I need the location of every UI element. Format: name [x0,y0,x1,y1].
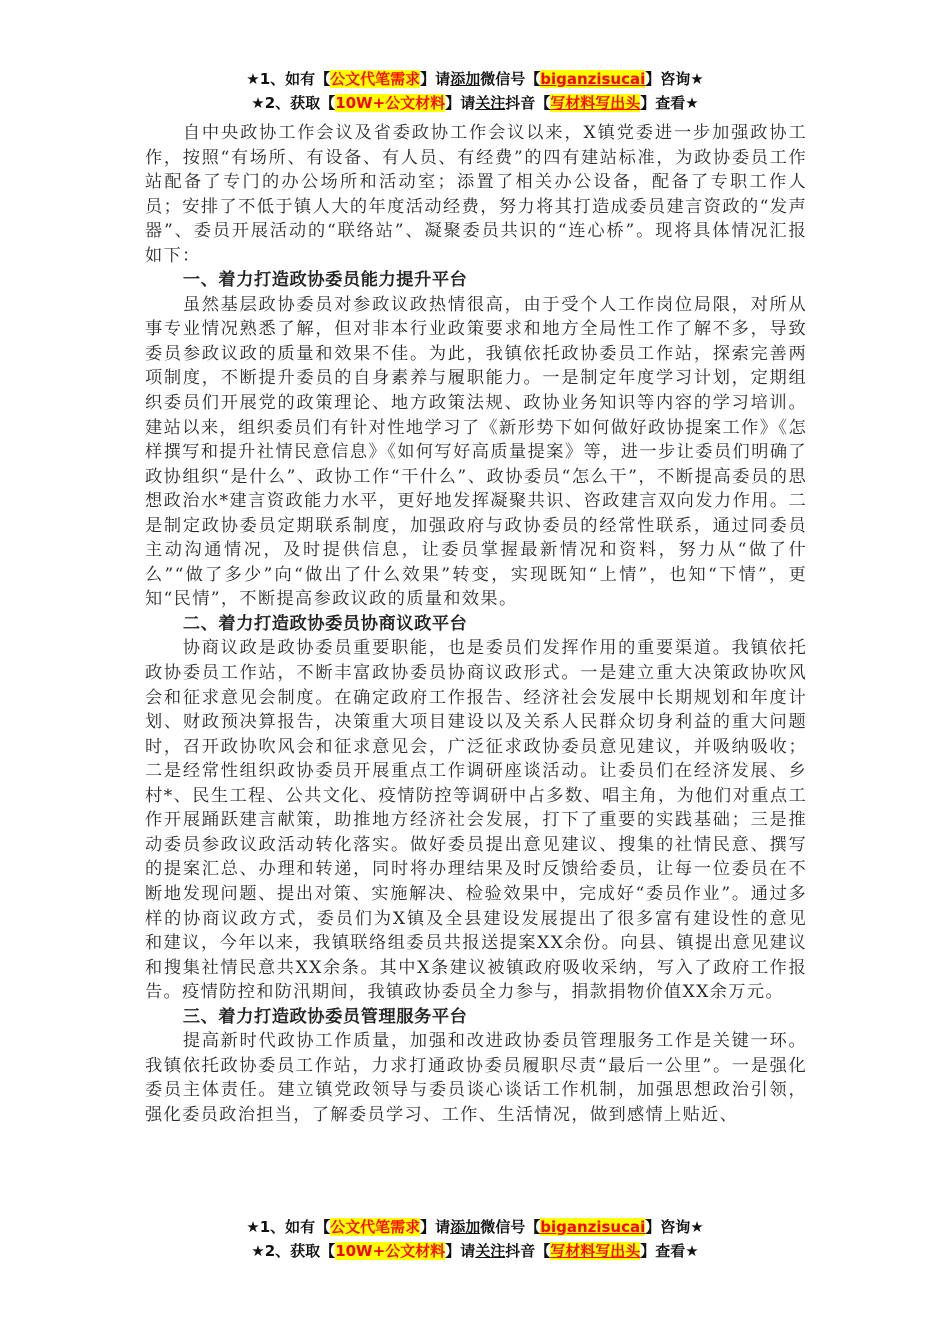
promo-text: 】咨询★ [645,70,703,88]
promo-text: 】咨询★ [645,1218,703,1236]
promo-text: 】请 [420,70,450,88]
document-body: 自中央政协工作会议及省委政协工作会议以来，X镇党委进一步加强政协工作，按照“有场… [145,121,807,1127]
promo-text: 】请 [420,1218,450,1236]
promo-banner-bottom: ★1、如有【公文代笔需求】请添加微信号【biganzisucai】咨询★ ★2、… [0,1215,950,1263]
underlined-action: 关注 [475,94,505,112]
section-2-paragraph: 协商议政是政协委员重要职能，也是委员们发挥作用的重要渠道。我镇依托政协委员工作站… [145,636,807,1004]
highlight-douyin-account: 写材料写出头 [550,1242,640,1260]
promo-text: 】查看★ [640,94,698,112]
highlight-service: 公文代笔需求 [330,1218,420,1236]
section-heading-2: 二、着力打造政协委员协商议政平台 [145,612,807,637]
intro-paragraph: 自中央政协工作会议及省委政协工作会议以来，X镇党委进一步加强政协工作，按照“有场… [145,121,807,268]
promo-text: 】请 [445,1242,475,1260]
highlight-materials: 10W+公文材料 [335,1242,445,1260]
underlined-action: 关注 [475,1242,505,1260]
promo-line-2: ★2、获取【10W+公文材料】请关注抖音【写材料写出头】查看★ [0,91,950,115]
promo-text: 抖音【 [505,94,550,112]
promo-text: 】查看★ [640,1242,698,1260]
promo-text: ★1、如有【 [246,70,330,88]
promo-text: ★1、如有【 [246,1218,330,1236]
promo-line-1: ★1、如有【公文代笔需求】请添加微信号【biganzisucai】咨询★ [0,67,950,91]
promo-text: ★2、获取【 [251,1242,335,1260]
highlight-service: 公文代笔需求 [330,70,420,88]
section-1-paragraph: 虽然基层政协委员对参政议政热情很高，由于受个人工作岗位局限，对所从事专业情况熟悉… [145,293,807,612]
promo-text: 抖音【 [505,1242,550,1260]
document-page: ★1、如有【公文代笔需求】请添加微信号【biganzisucai】咨询★ ★2、… [0,0,950,1344]
promo-line-1: ★1、如有【公文代笔需求】请添加微信号【biganzisucai】咨询★ [0,1215,950,1239]
promo-text: 微信号【 [480,1218,540,1236]
highlight-wechat-id: biganzisucai [540,70,645,88]
underlined-action: 添加 [450,1218,480,1236]
promo-line-2: ★2、获取【10W+公文材料】请关注抖音【写材料写出头】查看★ [0,1239,950,1263]
section-3-paragraph: 提高新时代政协工作质量，加强和改进政协委员管理服务工作是关键一环。我镇依托政协委… [145,1029,807,1127]
promo-banner-top: ★1、如有【公文代笔需求】请添加微信号【biganzisucai】咨询★ ★2、… [0,67,950,115]
highlight-wechat-id: biganzisucai [540,1218,645,1236]
underlined-action: 添加 [450,70,480,88]
promo-text: ★2、获取【 [251,94,335,112]
section-heading-1: 一、着力打造政协委员能力提升平台 [145,268,807,293]
highlight-douyin-account: 写材料写出头 [550,94,640,112]
promo-text: 微信号【 [480,70,540,88]
section-heading-3: 三、着力打造政协委员管理服务平台 [145,1005,807,1030]
promo-text: 】请 [445,94,475,112]
highlight-materials: 10W+公文材料 [335,94,445,112]
